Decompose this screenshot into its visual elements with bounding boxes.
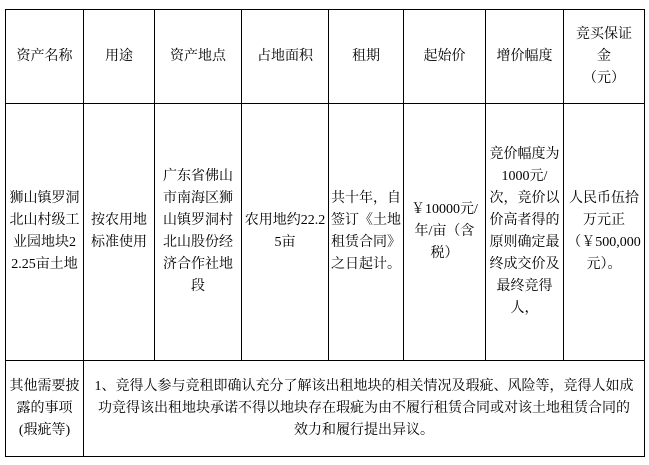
header-usage: 用途 <box>84 10 155 104</box>
header-deposit: 竞买保证 金 （元） <box>564 10 645 104</box>
disclosure-row: 其他需要披 露的事项 (瑕疵等) 1、竞得人参与竞租即确认充分了解该出租地块的相… <box>6 361 645 457</box>
header-area: 占地面积 <box>242 10 329 104</box>
land-lease-auction-table: 资产名称 用途 资产地点 占地面积 租期 起始价 增价幅度 竞买保证 金 （元）… <box>5 9 645 457</box>
cell-lease-term: 共十年，自 签订《土地 租赁合同》 之日起计。 <box>329 104 404 361</box>
cell-deposit: 人民币伍拾 万元正 （￥500,000 元）。 <box>564 104 645 361</box>
header-lease-term: 租期 <box>329 10 404 104</box>
cell-increment: 竞价幅度为 1000元/ 次，竞价以 价高者得的 原则确定最 终成交价及 最终竞… <box>486 104 564 361</box>
cell-usage: 按农用地 标准使用 <box>84 104 155 361</box>
header-location: 资产地点 <box>155 10 242 104</box>
header-row: 资产名称 用途 资产地点 占地面积 租期 起始价 增价幅度 竞买保证 金 （元） <box>6 10 645 104</box>
cell-starting-price: ￥10000元/ 年/亩（含 税） <box>404 104 486 361</box>
cell-location: 广东省佛山 市南海区狮 山镇罗洞村 北山股份经 济合作社地 段 <box>155 104 242 361</box>
disclosure-label: 其他需要披 露的事项 (瑕疵等) <box>6 361 84 457</box>
listing-row: 狮山镇罗洞 北山村级工 业园地块2 2.25亩土地 按农用地 标准使用 广东省佛… <box>6 104 645 361</box>
disclosure-content: 1、竞得人参与竞租即确认充分了解该出租地块的相关情况及瑕疵、风险等，竞得人如成 … <box>84 361 645 457</box>
cell-asset-name: 狮山镇罗洞 北山村级工 业园地块2 2.25亩土地 <box>6 104 84 361</box>
header-asset-name: 资产名称 <box>6 10 84 104</box>
header-increment: 增价幅度 <box>486 10 564 104</box>
header-starting-price: 起始价 <box>404 10 486 104</box>
cell-area: 农用地约22.2 5亩 <box>242 104 329 361</box>
